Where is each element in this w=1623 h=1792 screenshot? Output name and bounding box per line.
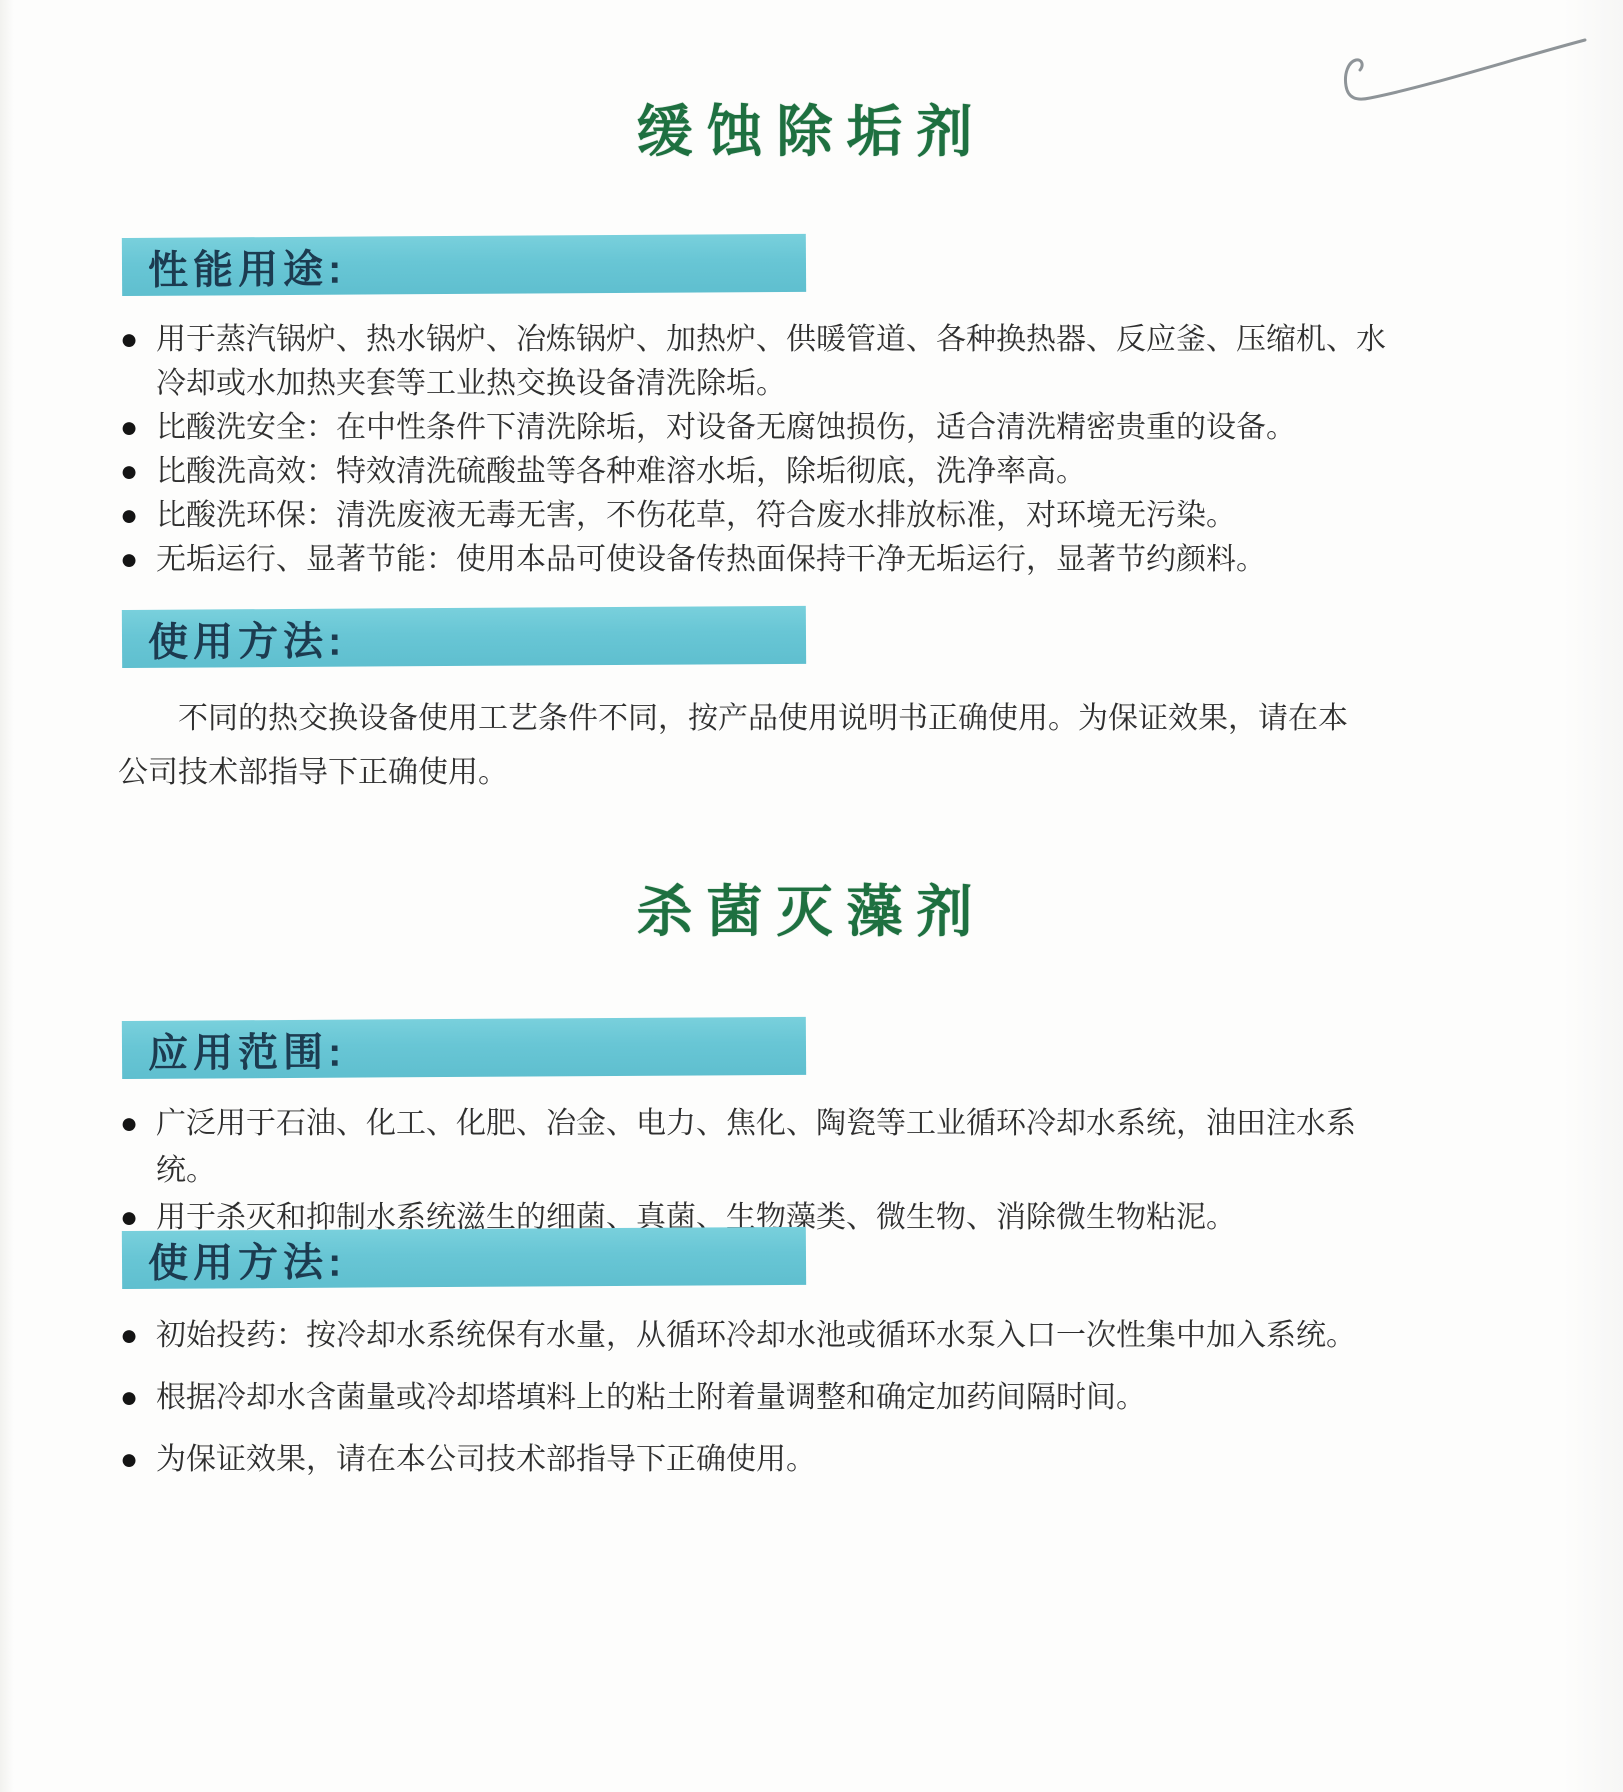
list-item-text: 比酸洗安全：在中性条件下清洗除垢，对设备无腐蚀损伤，适合清洗精密贵重的设备。 <box>156 411 1296 444</box>
scanned-document-page: 缓蚀除垢剂 性能用途: ● 用于蒸汽锅炉、热水锅炉、冶炼锅炉、加热炉、供暖管道、… <box>0 0 1623 1792</box>
section-header-performance: 性能用途: <box>122 234 806 296</box>
bullet-icon: ● <box>120 538 138 582</box>
product1-title: 缓蚀除垢剂 <box>0 88 1623 168</box>
list-item: ● 无垢运行、显著节能：使用本品可使设备传热面保持干净无垢运行，显著节约颜料。 <box>120 538 1388 582</box>
section-header-usage-2-label: 使用方法: <box>122 1230 347 1288</box>
bullet-icon: ● <box>120 1378 138 1418</box>
list-item: ● 比酸洗高效：特效清洗硫酸盐等各种难溶水垢，除垢彻底，洗净率高。 <box>120 450 1388 494</box>
section-header-scope: 应用范围: <box>122 1017 806 1079</box>
performance-bullet-list: ● 用于蒸汽锅炉、热水锅炉、冶炼锅炉、加热炉、供暖管道、各种换热器、反应釜、压缩… <box>120 318 1388 582</box>
bullet-icon: ● <box>120 318 138 362</box>
list-item-text: 无垢运行、显著节能：使用本品可使设备传热面保持干净无垢运行，显著节约颜料。 <box>156 543 1266 576</box>
product2-title: 杀菌灭藻剂 <box>0 868 1623 948</box>
list-item-text: 用于蒸汽锅炉、热水锅炉、冶炼锅炉、加热炉、供暖管道、各种换热器、反应釜、压缩机、… <box>156 323 1386 400</box>
list-item: ● 广泛用于石油、化工、化肥、冶金、电力、焦化、陶瓷等工业循环冷却水系统，油田注… <box>120 1100 1388 1194</box>
bullet-icon: ● <box>120 1316 138 1356</box>
list-item-text: 初始投药：按冷却水系统保有水量，从循环冷却水池或循环水泵入口一次性集中加入系统。 <box>156 1319 1356 1352</box>
section-header-usage-2: 使用方法: <box>122 1227 806 1289</box>
bullet-icon: ● <box>120 1440 138 1480</box>
bullet-icon: ● <box>120 494 138 538</box>
section-header-usage-1: 使用方法: <box>122 606 806 668</box>
bullet-icon: ● <box>120 406 138 450</box>
list-item: ● 比酸洗环保：清洗废液无毒无害，不伤花草，符合废水排放标准，对环境无污染。 <box>120 494 1388 538</box>
scope-bullet-list: ● 广泛用于石油、化工、化肥、冶金、电力、焦化、陶瓷等工业循环冷却水系统，油田注… <box>120 1100 1388 1241</box>
list-item: ● 用于蒸汽锅炉、热水锅炉、冶炼锅炉、加热炉、供暖管道、各种换热器、反应釜、压缩… <box>120 318 1388 406</box>
usage-bullet-list: ● 初始投药：按冷却水系统保有水量，从循环冷却水池或循环水泵入口一次性集中加入系… <box>120 1316 1388 1502</box>
list-item: ● 初始投药：按冷却水系统保有水量，从循环冷却水池或循环水泵入口一次性集中加入系… <box>120 1316 1388 1356</box>
list-item: ● 比酸洗安全：在中性条件下清洗除垢，对设备无腐蚀损伤，适合清洗精密贵重的设备。 <box>120 406 1388 450</box>
section-header-performance-label: 性能用途: <box>122 237 347 295</box>
list-item-text: 根据冷却水含菌量或冷却塔填料上的粘土附着量调整和确定加药间隔时间。 <box>156 1381 1146 1414</box>
list-item: ● 根据冷却水含菌量或冷却塔填料上的粘土附着量调整和确定加药间隔时间。 <box>120 1378 1388 1418</box>
list-item-text: 比酸洗环保：清洗废液无毒无害，不伤花草，符合废水排放标准，对环境无污染。 <box>156 499 1236 532</box>
list-item-text: 为保证效果，请在本公司技术部指导下正确使用。 <box>156 1443 816 1476</box>
list-item: ● 为保证效果，请在本公司技术部指导下正确使用。 <box>120 1440 1388 1480</box>
bullet-icon: ● <box>120 450 138 494</box>
list-item-text: 比酸洗高效：特效清洗硫酸盐等各种难溶水垢，除垢彻底，洗净率高。 <box>156 455 1086 488</box>
list-item-text: 广泛用于石油、化工、化肥、冶金、电力、焦化、陶瓷等工业循环冷却水系统，油田注水系… <box>156 1107 1356 1187</box>
section-header-usage-1-label: 使用方法: <box>122 609 347 667</box>
section-header-scope-label: 应用范围: <box>122 1020 347 1078</box>
bullet-icon: ● <box>120 1100 138 1147</box>
usage-paragraph: 不同的热交换设备使用工艺条件不同，按产品使用说明书正确使用。为保证效果，请在本公… <box>118 692 1366 800</box>
